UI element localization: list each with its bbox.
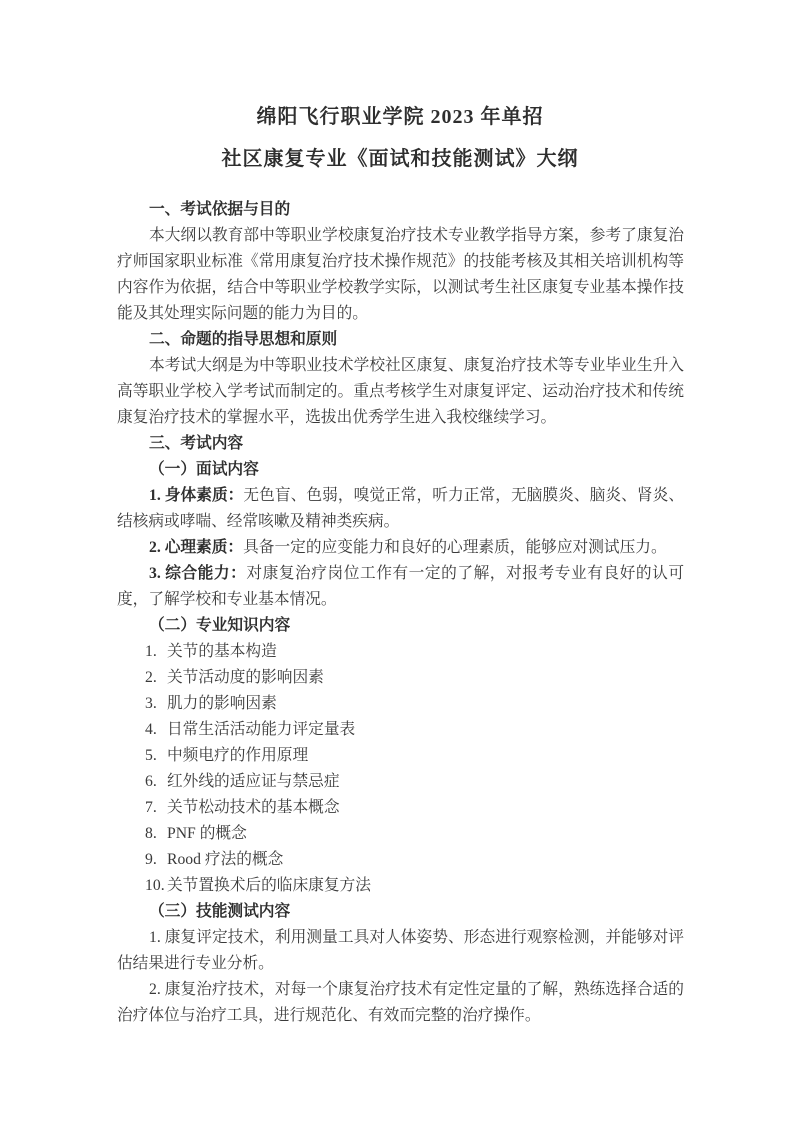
list-item-number: 8. <box>145 821 157 847</box>
knowledge-list-item: 10.关节置换术后的临床康复方法 <box>117 873 684 899</box>
list-item-number: 6. <box>145 769 157 795</box>
paragraph-exam-basis: 本大纲以教育部中等职业学校康复治疗技术专业教学指导方案，参考了康复治疗师国家职业… <box>117 223 684 327</box>
list-item-text: 日常生活活动能力评定量表 <box>167 721 355 738</box>
list-item-number: 10. <box>145 873 165 899</box>
paragraph-psychological-quality: 2. 心理素质：具备一定的应变能力和良好的心理素质，能够应对测试压力。 <box>117 535 684 561</box>
paragraph-physical-quality: 1. 身体素质：无色盲、色弱，嗅觉正常，听力正常，无脑膜炎、脑炎、肾炎、结核病或… <box>117 483 684 535</box>
knowledge-list-item: 4.日常生活活动能力评定量表 <box>117 717 684 743</box>
list-item-text: 关节的基本构造 <box>167 643 277 660</box>
list-item-text: Rood 疗法的概念 <box>167 851 283 868</box>
paragraph-rehab-treatment: 2. 康复治疗技术，对每一个康复治疗技术有定性定量的了解，熟练选择合适的治疗体位… <box>117 977 684 1029</box>
list-item-number: 7. <box>145 795 157 821</box>
list-item-text: 中频电疗的作用原理 <box>167 747 308 764</box>
paragraph-guiding-principle: 本考试大纲是为中等职业技术学校社区康复、康复治疗技术等专业毕业生升入高等职业学校… <box>117 353 684 431</box>
doc-title-line-1: 绵阳飞行职业学院 2023 年单招 <box>0 103 800 131</box>
list-item-text: 关节松动技术的基本概念 <box>167 799 340 816</box>
label-physical-quality: 1. 身体素质： <box>149 487 243 504</box>
document-body: 一、考试依据与目的 本大纲以教育部中等职业学校康复治疗技术专业教学指导方案，参考… <box>117 197 684 1029</box>
knowledge-list-item: 7.关节松动技术的基本概念 <box>117 795 684 821</box>
document-title: 绵阳飞行职业学院 2023 年单招 社区康复专业《面试和技能测试》大纲 <box>0 0 800 173</box>
list-item-number: 5. <box>145 743 157 769</box>
doc-title-line-2: 社区康复专业《面试和技能测试》大纲 <box>0 145 800 173</box>
heading-interview-content: （一）面试内容 <box>117 457 684 483</box>
list-item-number: 3. <box>145 691 157 717</box>
heading-exam-content: 三、考试内容 <box>117 431 684 457</box>
heading-exam-basis: 一、考试依据与目的 <box>117 197 684 223</box>
knowledge-list-item: 6.红外线的适应证与禁忌症 <box>117 769 684 795</box>
document-page: 绵阳飞行职业学院 2023 年单招 社区康复专业《面试和技能测试》大纲 一、考试… <box>0 0 800 1131</box>
knowledge-list-item: 1.关节的基本构造 <box>117 639 684 665</box>
knowledge-list-item: 8.PNF 的概念 <box>117 821 684 847</box>
knowledge-list-item: 2.关节活动度的影响因素 <box>117 665 684 691</box>
knowledge-list-item: 3.肌力的影响因素 <box>117 691 684 717</box>
heading-professional-knowledge: （二）专业知识内容 <box>117 613 684 639</box>
list-item-number: 4. <box>145 717 157 743</box>
label-psychological-quality: 2. 心理素质： <box>149 539 243 556</box>
knowledge-list-item: 9.Rood 疗法的概念 <box>117 847 684 873</box>
list-item-number: 1. <box>145 639 157 665</box>
list-item-text: 关节置换术后的临床康复方法 <box>167 877 371 894</box>
list-item-text: PNF 的概念 <box>167 825 247 842</box>
list-item-number: 2. <box>145 665 157 691</box>
text-psychological-quality: 具备一定的应变能力和良好的心理素质，能够应对测试压力。 <box>243 539 667 556</box>
heading-skill-test: （三）技能测试内容 <box>117 899 684 925</box>
knowledge-list-item: 5.中频电疗的作用原理 <box>117 743 684 769</box>
list-item-text: 红外线的适应证与禁忌症 <box>167 773 340 790</box>
paragraph-rehab-assessment: 1. 康复评定技术，利用测量工具对人体姿势、形态进行观察检测，并能够对评估结果进… <box>117 925 684 977</box>
paragraph-comprehensive-ability: 3. 综合能力：对康复治疗岗位工作有一定的了解，对报考专业有良好的认可度，了解学… <box>117 561 684 613</box>
heading-guiding-principle: 二、命题的指导思想和原则 <box>117 327 684 353</box>
list-item-number: 9. <box>145 847 157 873</box>
list-item-text: 关节活动度的影响因素 <box>167 669 324 686</box>
list-item-text: 肌力的影响因素 <box>167 695 277 712</box>
label-comprehensive-ability: 3. 综合能力： <box>149 565 246 582</box>
